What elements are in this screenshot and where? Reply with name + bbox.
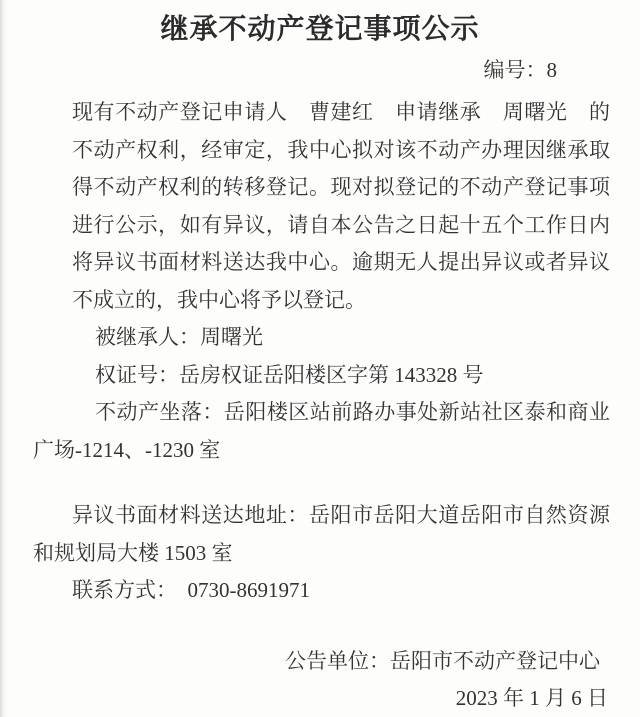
- body-line-5: 将异议书面材料送达我中心。逾期无人提出异议或者异议: [72, 244, 610, 282]
- blank-gap-2: [72, 610, 610, 643]
- location-line-2: 广场-1214、-1230 室: [33, 432, 610, 470]
- contact-line: 联系方式： 0730-8691971: [72, 572, 610, 610]
- date-line: 2023 年 1 月 6 日: [72, 680, 610, 717]
- decedent-line: 被继承人：周曙光: [72, 319, 610, 357]
- body-line-2: 不动产权利，经审定，我中心拟对该不动产办理因继承取: [72, 132, 610, 170]
- blank-gap-1: [72, 469, 610, 497]
- doc-number: 编号：8: [0, 56, 640, 84]
- notice-title: 继承不动产登记事项公示: [0, 0, 640, 46]
- notice-document: 继承不动产登记事项公示 编号：8 现有不动产登记申请人 曹建红 申请继承 周曙光…: [0, 0, 640, 717]
- certificate-line: 权证号：岳房权证岳阳楼区字第 143328 号: [72, 357, 610, 395]
- notice-body: 现有不动产登记申请人 曹建红 申请继承 周曙光 的 不动产权利，经审定，我中心拟…: [0, 94, 640, 717]
- objection-address-line-2: 和规划局大楼 1503 室: [33, 535, 610, 573]
- objection-address-line-1: 异议书面材料送达地址：岳阳市岳阳大道岳阳市自然资源: [72, 497, 610, 535]
- body-line-3: 得不动产权利的转移登记。现对拟登记的不动产登记事项: [72, 169, 610, 207]
- location-line-1: 不动产坐落：岳阳楼区站前路办事处新站社区泰和商业: [72, 394, 610, 432]
- body-line-4: 进行公示，如有异议，请自本公告之日起十五个工作日内: [72, 207, 610, 245]
- body-line-6: 不成立的，我中心将予以登记。: [72, 282, 610, 320]
- body-line-1: 现有不动产登记申请人 曹建红 申请继承 周曙光 的: [72, 94, 610, 132]
- issuer-line: 公告单位：岳阳市不动产登记中心: [72, 643, 610, 681]
